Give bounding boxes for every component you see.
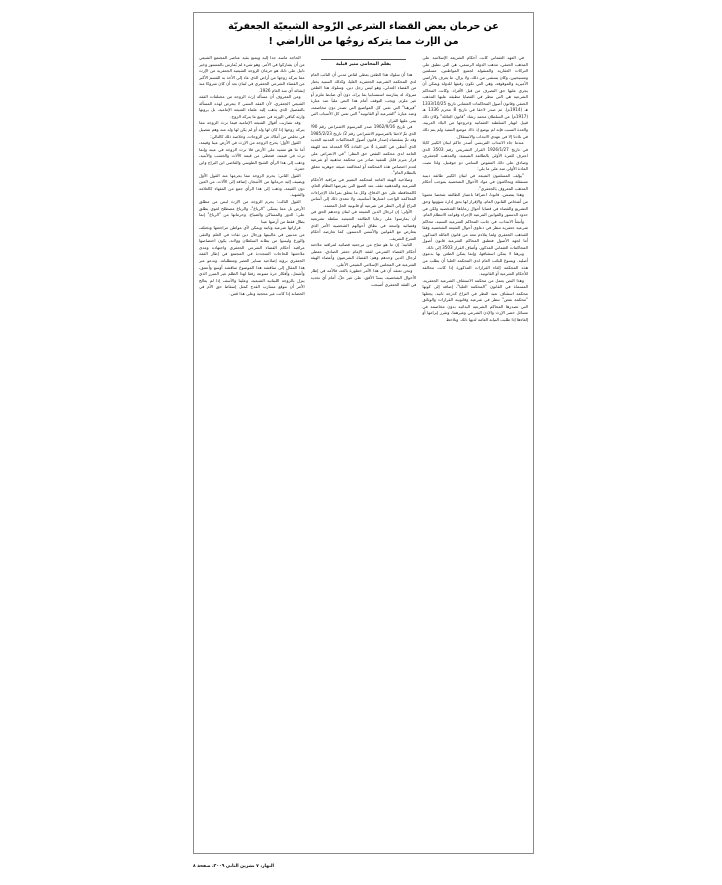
byline: بقلم المحامي منير قبلية (321, 59, 407, 68)
headline-line-2: من الإرث مما يتركه زوجُها من الأراضي ! (194, 34, 533, 49)
column-left: الحاجة ماسة جدا إليه ويمنع بقية عناصر ال… (199, 55, 305, 847)
paragraph: وصلاحية الهيئة العامة لمحكمة التمييز في … (311, 177, 417, 210)
column-middle: بقلم المحامي منير قبلية هذا أن سلوك هذا … (311, 55, 417, 847)
paragraph: وقد تضاربت أقوال الشيعة الإمامية فيما تر… (199, 120, 305, 140)
paragraph: عندما جاء الانتداب الفرنسي أصدر حاكم لبن… (422, 140, 528, 173)
paragraph: ومن المعروف أن مسألة إرث الزوجة من مختلف… (199, 94, 305, 120)
paragraph: الثانية: إن ما هو متاح من مرجعية قضائية … (311, 242, 417, 268)
paragraph: وأنشأ الانتداب، في جانب المحاكم الشرعية … (422, 219, 528, 252)
paragraph: القول الثاني: يحرم الزوجة مما يحرمها منه… (199, 173, 305, 199)
paragraph: قراراتها شرعية وثابتة ويمكن لأي مواطن مر… (199, 225, 305, 297)
paragraph: في العهد العثماني كانت أحكام الشريعة الإ… (422, 55, 528, 140)
paragraph: الحاجة ماسة جدا إليه ويمنع بقية عناصر ال… (199, 55, 305, 94)
paragraph: وهذا يتضمن، قانونا، اعترافا باعتبار الطا… (422, 192, 528, 218)
column-right: في العهد العثماني كانت أحكام الشريعة الإ… (422, 55, 528, 847)
paragraph: القول الثالث: يحرم الزوجة من الإرث ليس م… (199, 199, 305, 225)
headline: عن حرمان بعض القضاء الشرعي الزّوجة الشيع… (194, 19, 533, 49)
paragraph: "يؤلف المسلمون الشيعة في لبنان الكبير طا… (422, 173, 528, 193)
paragraph: القول الأول: يخرج الزوجة من الإرث في الأ… (199, 140, 305, 173)
paragraph: وبرهنا لا يمكن استئنافها، وإنما يمكن الط… (422, 251, 528, 277)
paragraph: في تاريخ 1962/9/16 صدر المرسوم الاشتراعي… (311, 124, 417, 176)
newspaper-clipping: عن حرمان بعض القضاء الشرعي الزّوجة الشيع… (193, 12, 534, 854)
paragraph: الأولى: إن لرجال الدين الشيعة في لبنان و… (311, 209, 417, 242)
paragraph: هذا أن سلوك هذا الطعن يعطي لقاض مدني أن … (311, 72, 417, 124)
article-columns: في العهد العثماني كانت أحكام الشريعة الإ… (199, 55, 528, 847)
source-dateline: النهار، ٧ تشرين الثاني ٢٠٠٩، صفحة ٨ (193, 864, 274, 869)
paragraph: ونحن نعتقد أن في هذا الأمر خطورة بالغة، … (311, 268, 417, 288)
headline-line-1: عن حرمان بعض القضاء الشرعي الزّوجة الشيع… (194, 19, 533, 34)
paragraph: وهذا النص يعمل من محكمة الاستئناف الشرعي… (422, 278, 528, 324)
